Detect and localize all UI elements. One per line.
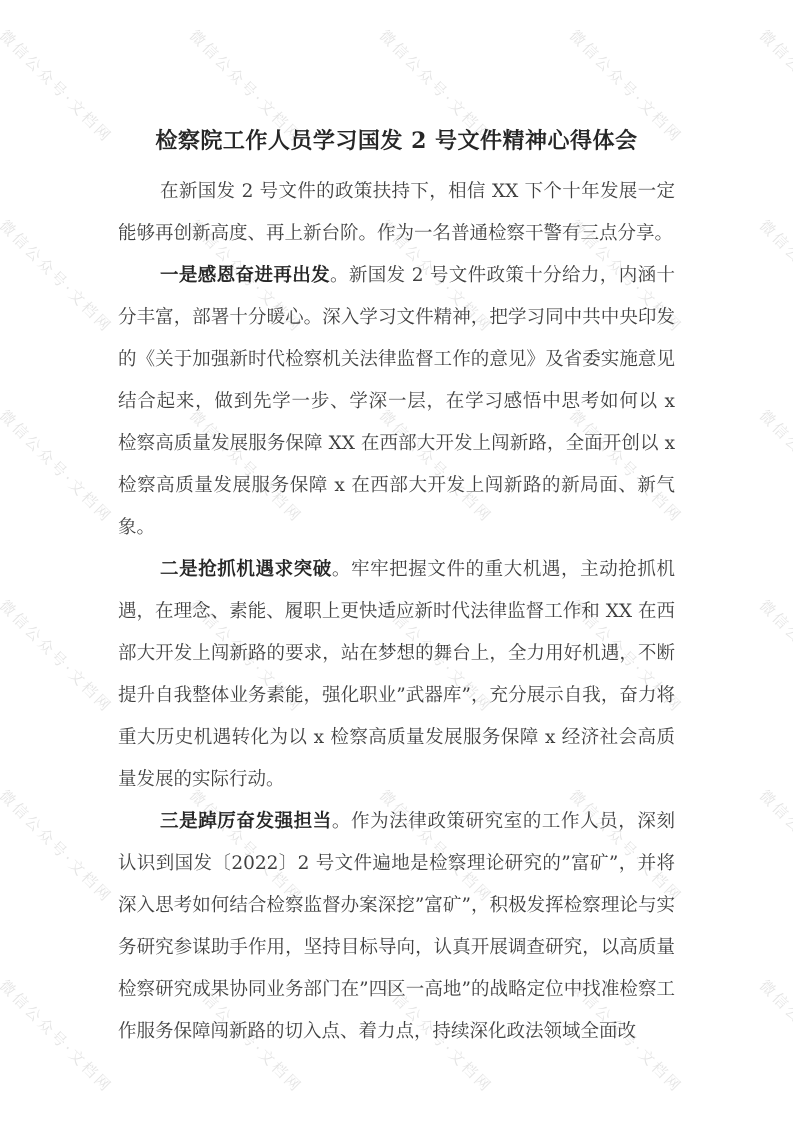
document-title: 检察院工作人员学习国发 2 号文件精神心得体会: [118, 119, 675, 163]
watermark-text: 微信公众号·文档网: [755, 215, 793, 337]
watermark-text: 微信公众号·文档网: [0, 785, 117, 907]
paragraph: 三是踔厉奋发强担当。作为法律政策研究室的工作人员，深刻认识到国发〔2022〕2 …: [118, 801, 675, 1053]
watermark-text: 微信公众号·文档网: [0, 975, 117, 1097]
paragraph-lead: 三是踔厉奋发强担当: [160, 811, 332, 832]
paragraph-text: 作为法律政策研究室的工作人员，深刻认识到国发〔2022〕2 号文件遍地是检察理论…: [118, 811, 675, 1042]
paragraph: 二是抢抓机遇求突破。牢牢把握文件的重大机遇，主动抢抓机遇，在理念、素能、履职上更…: [118, 549, 675, 801]
paragraph-lead: 二是抢抓机遇求突破: [160, 559, 332, 580]
watermark-text: 微信公众号·文档网: [755, 785, 793, 907]
paragraph-text: 新国发 2 号文件政策十分给力，内涵十分丰富，部署十分暖心。深入学习文件精神，把…: [118, 265, 675, 538]
paragraph-separator: 。: [330, 265, 349, 286]
paragraph-text: 在新国发 2 号文件的政策扶持下，相信 XX 下个十年发展一定能够再创新高度、再…: [118, 181, 675, 244]
paragraph-separator: 。: [332, 559, 351, 580]
watermark-text: 微信公众号·文档网: [755, 595, 793, 717]
watermark-text: 微信公众号·文档网: [755, 975, 793, 1097]
paragraph-lead: 一是感恩奋进再出发: [160, 265, 330, 286]
watermark-text: 微信公众号·文档网: [755, 25, 793, 147]
watermark-text: 微信公众号·文档网: [0, 215, 117, 337]
paragraph-separator: 。: [332, 811, 351, 832]
document-page: 微信公众号·文档网微信公众号·文档网微信公众号·文档网微信公众号·文档网微信公众…: [0, 0, 793, 1122]
paragraph: 在新国发 2 号文件的政策扶持下，相信 XX 下个十年发展一定能够再创新高度、再…: [118, 171, 675, 255]
watermark-text: 微信公众号·文档网: [755, 405, 793, 527]
watermark-text: 微信公众号·文档网: [0, 595, 117, 717]
paragraph: 一是感恩奋进再出发。新国发 2 号文件政策十分给力，内涵十分丰富，部署十分暖心。…: [118, 255, 675, 549]
document-content: 检察院工作人员学习国发 2 号文件精神心得体会 在新国发 2 号文件的政策扶持下…: [118, 119, 675, 1053]
paragraph-text: 牢牢把握文件的重大机遇，主动抢抓机遇，在理念、素能、履职上更快适应新时代法律监督…: [118, 559, 675, 790]
watermark-text: 微信公众号·文档网: [0, 405, 117, 527]
watermark-text: 微信公众号·文档网: [0, 25, 117, 147]
